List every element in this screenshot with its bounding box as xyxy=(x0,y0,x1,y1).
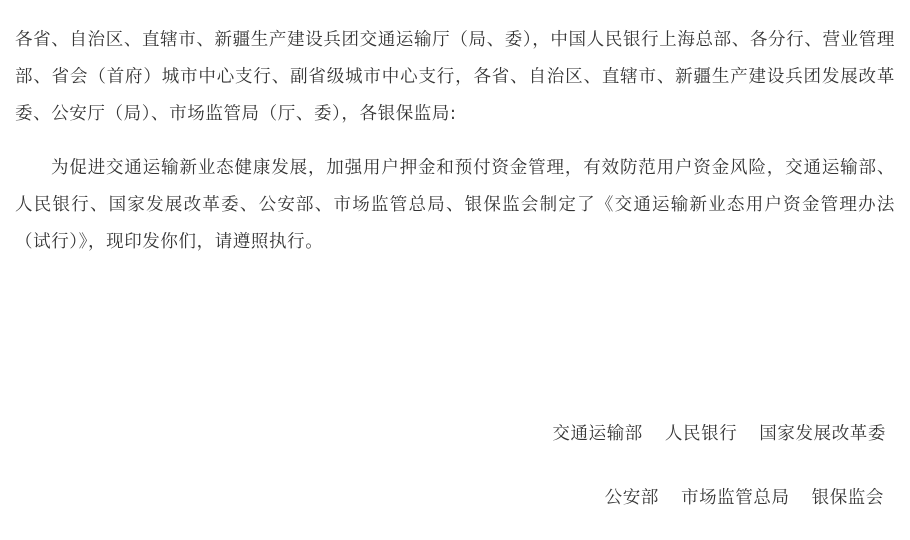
document-body: 各省、自治区、直辖市、新疆生产建设兵团交通运输厅（局、委），中国人民银行上海总部… xyxy=(15,22,895,261)
body-paragraph: 为促进交通运输新业态健康发展，加强用户押金和预付资金管理，有效防范用户资金风险，… xyxy=(15,150,895,261)
signature-line-1: 交通运输部人民银行国家发展改革委 xyxy=(552,416,886,452)
addressee-paragraph: 各省、自治区、直辖市、新疆生产建设兵团交通运输厅（局、委），中国人民银行上海总部… xyxy=(15,22,895,133)
signature-ministry-of-public-security: 公安部 xyxy=(605,480,659,516)
signature-ministry-of-transport: 交通运输部 xyxy=(552,416,643,452)
signature-ndrc: 国家发展改革委 xyxy=(759,416,886,452)
signature-samr: 市场监管总局 xyxy=(681,480,790,516)
signature-line-2: 公安部市场监管总局银保监会 xyxy=(552,480,886,516)
signature-peoples-bank: 人民银行 xyxy=(665,416,737,452)
signature-block: 交通运输部人民银行国家发展改革委 公安部市场监管总局银保监会 xyxy=(552,416,886,540)
signature-cbirc: 银保监会 xyxy=(812,480,884,516)
